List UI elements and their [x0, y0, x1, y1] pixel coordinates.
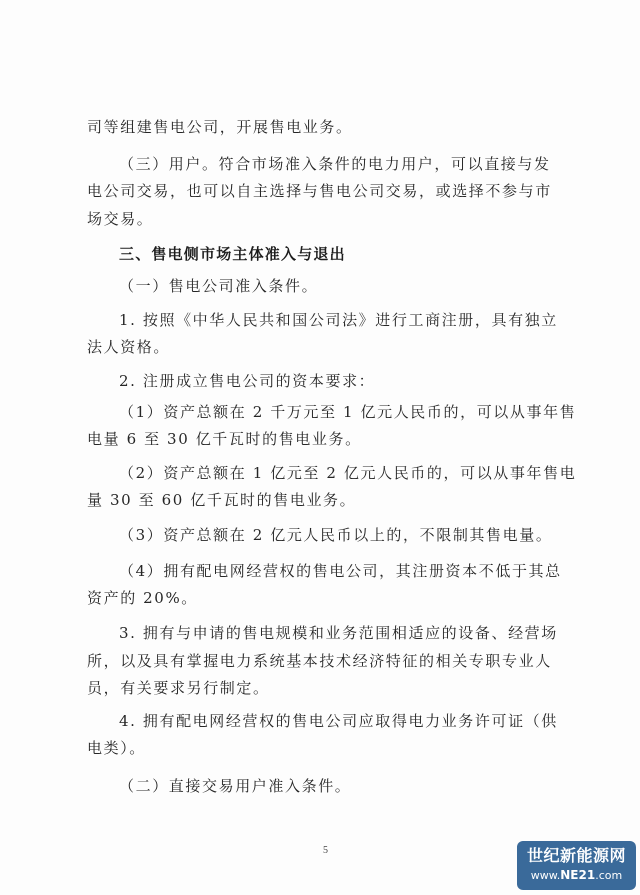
- watermark-logo: 世纪新能源网 www.NE21.com: [517, 841, 636, 890]
- text-line: 3. 拥有与申请的售电规模和业务范围相适应的设备、经营场: [119, 623, 599, 643]
- watermark-url-suffix: .com: [595, 869, 622, 882]
- text-line: 量 30 至 60 亿千瓦时的售电业务。: [87, 490, 567, 510]
- text-line: 2. 注册成立售电公司的资本要求：: [119, 371, 599, 391]
- text-line: 法人资格。: [87, 337, 567, 357]
- watermark-url: www.NE21.com: [517, 867, 636, 884]
- text-line: （三）用户。符合市场准入条件的电力用户，可以直接与发: [119, 154, 599, 174]
- watermark-title: 世纪新能源网: [517, 845, 636, 867]
- text-line: 所，以及具有掌握电力系统基本技术经济特征的相关专职专业人: [87, 651, 567, 671]
- text-line: （二）直接交易用户准入条件。: [119, 776, 599, 796]
- text-line: （2）资产总额在 1 亿元至 2 亿元人民币的，可以从事年售电: [119, 463, 599, 483]
- text-line: 司等组建售电公司，开展售电业务。: [87, 117, 567, 137]
- text-line: 4. 拥有配电网经营权的售电公司应取得电力业务许可证（供: [119, 711, 599, 731]
- text-line: （1）资产总额在 2 千万元至 1 亿元人民币的，可以从事年售: [119, 402, 599, 422]
- text-line: 电量 6 至 30 亿千瓦时的售电业务。: [87, 429, 567, 449]
- watermark-url-prefix: www.: [531, 869, 560, 882]
- text-line: 电公司交易，也可以自主选择与售电公司交易，或选择不参与市: [87, 181, 567, 201]
- watermark-url-brand: NE21: [560, 868, 595, 882]
- page-number: 5: [323, 845, 328, 856]
- text-line: 资产的 20%。: [87, 588, 567, 608]
- text-line: 场交易。: [87, 209, 567, 229]
- text-line: （一）售电公司准入条件。: [119, 276, 599, 296]
- text-line: （3）资产总额在 2 亿元人民币以上的，不限制其售电量。: [119, 525, 599, 545]
- section-heading: 三、售电侧市场主体准入与退出: [119, 244, 599, 264]
- text-line: 电类）。: [87, 738, 567, 758]
- text-line: 1. 按照《中华人民共和国公司法》进行工商注册，具有独立: [119, 310, 599, 330]
- text-line: 员，有关要求另行制定。: [87, 678, 567, 698]
- document-page: 司等组建售电公司，开展售电业务。（三）用户。符合市场准入条件的电力用户，可以直接…: [0, 0, 640, 895]
- text-line: （4）拥有配电网经营权的售电公司，其注册资本不低于其总: [119, 561, 599, 581]
